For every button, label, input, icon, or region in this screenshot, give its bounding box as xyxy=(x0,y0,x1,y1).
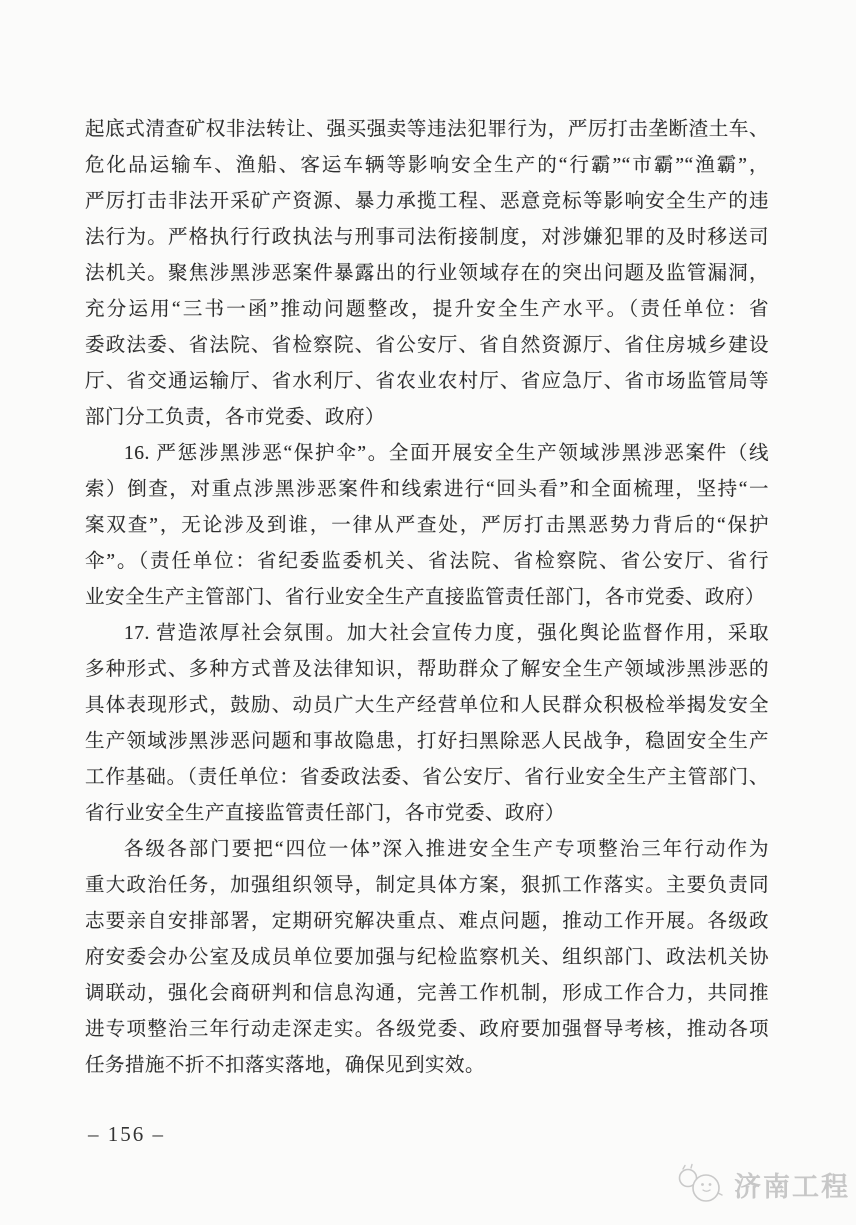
text-line: 法机关。聚焦涉黑涉恶案件暴露出的行业领域存在的突出问题及监管漏洞， xyxy=(85,256,769,292)
text-line: 索）倒查，对重点涉黑涉恶案件和线索进行“回头看”和全面梳理，坚持“一 xyxy=(85,472,769,508)
text-line: 危化品运输车、渔船、客运车辆等影响安全生产的“行霸”“市霸”“渔霸”， xyxy=(85,148,769,184)
text-line: 业安全生产主管部门、省行业安全生产直接监管责任部门，各市党委、政府） xyxy=(85,580,769,616)
paragraph: 起底式清查矿权非法转让、强买强卖等违法犯罪行为，严厉打击垄断渣土车、危化品运输车… xyxy=(85,112,769,436)
text-line: 案双查”，无论涉及到谁，一律从严查处，严厉打击黑恶势力背后的“保护 xyxy=(85,508,769,544)
text-line: 严厉打击非法开采矿产资源、暴力承揽工程、恶意竞标等影响安全生产的违 xyxy=(85,184,769,220)
text-line: 任务措施不折不扣落实落地，确保见到实效。 xyxy=(85,1048,769,1084)
watermark-text: 济南工程 xyxy=(734,1165,850,1204)
text-line: 16. 严惩涉黑涉恶“保护伞”。全面开展安全生产领域涉黑涉恶案件（线 xyxy=(85,436,769,472)
text-line: 充分运用“三书一函”推动问题整改，提升安全生产水平。（责任单位：省 xyxy=(85,292,769,328)
text-line: 法行为。严格执行行政执法与刑事司法衔接制度，对涉嫌犯罪的及时移送司 xyxy=(85,220,769,256)
text-line: 府安委会办公室及成员单位要加强与纪检监察机关、组织部门、政法机关协 xyxy=(85,940,769,976)
paragraph: 17. 营造浓厚社会氛围。加大社会宣传力度，强化舆论监督作用，采取多种形式、多种… xyxy=(85,616,769,832)
text-line: 具体表现形式，鼓励、动员广大生产经营单位和人民群众积极检举揭发安全 xyxy=(85,688,769,724)
text-line: 生产领域涉黑涉恶问题和事故隐患，打好扫黑除恶人民战争，稳固安全生产 xyxy=(85,724,769,760)
text-line: 省行业安全生产直接监管责任部门，各市党委、政府） xyxy=(85,796,769,832)
document-body: 起底式清查矿权非法转让、强买强卖等违法犯罪行为，严厉打击垄断渣土车、危化品运输车… xyxy=(85,112,769,1084)
document-page: 起底式清查矿权非法转让、强买强卖等违法犯罪行为，严厉打击垄断渣土车、危化品运输车… xyxy=(0,0,856,1225)
paragraph: 16. 严惩涉黑涉恶“保护伞”。全面开展安全生产领域涉黑涉恶案件（线索）倒查，对… xyxy=(85,436,769,616)
paragraph: 各级各部门要把“四位一体”深入推进安全生产专项整治三年行动作为重大政治任务，加强… xyxy=(85,832,769,1084)
mascot-face-icon xyxy=(674,1162,728,1206)
text-line: 调联动，强化会商研判和信息沟通，完善工作机制，形成工作合力，共同推 xyxy=(85,976,769,1012)
text-line: 各级各部门要把“四位一体”深入推进安全生产专项整治三年行动作为 xyxy=(85,832,769,868)
text-line: 委政法委、省法院、省检察院、省公安厅、省自然资源厅、省住房城乡建设 xyxy=(85,328,769,364)
text-line: 起底式清查矿权非法转让、强买强卖等违法犯罪行为，严厉打击垄断渣土车、 xyxy=(85,112,769,148)
text-line: 工作基础。（责任单位：省委政法委、省公安厅、省行业安全生产主管部门、 xyxy=(85,760,769,796)
text-line: 厅、省交通运输厅、省水利厅、省农业农村厅、省应急厅、省市场监管局等 xyxy=(85,364,769,400)
text-line: 17. 营造浓厚社会氛围。加大社会宣传力度，强化舆论监督作用，采取 xyxy=(85,616,769,652)
text-line: 进专项整治三年行动走深走实。各级党委、政府要加强督导考核，推动各项 xyxy=(85,1012,769,1048)
text-line: 志要亲自安排部署，定期研究解决重点、难点问题，推动工作开展。各级政 xyxy=(85,904,769,940)
text-line: 多种形式、多种方式普及法律知识，帮助群众了解安全生产领域涉黑涉恶的 xyxy=(85,652,769,688)
text-line: 重大政治任务，加强组织领导，制定具体方案，狠抓工作落实。主要负责同 xyxy=(85,868,769,904)
text-line: 伞”。（责任单位：省纪委监委机关、省法院、省检察院、省公安厅、省行 xyxy=(85,544,769,580)
watermark: 济南工程 xyxy=(674,1162,850,1206)
page-number: – 156 – xyxy=(88,1122,165,1147)
text-line: 部门分工负责，各市党委、政府） xyxy=(85,400,769,436)
